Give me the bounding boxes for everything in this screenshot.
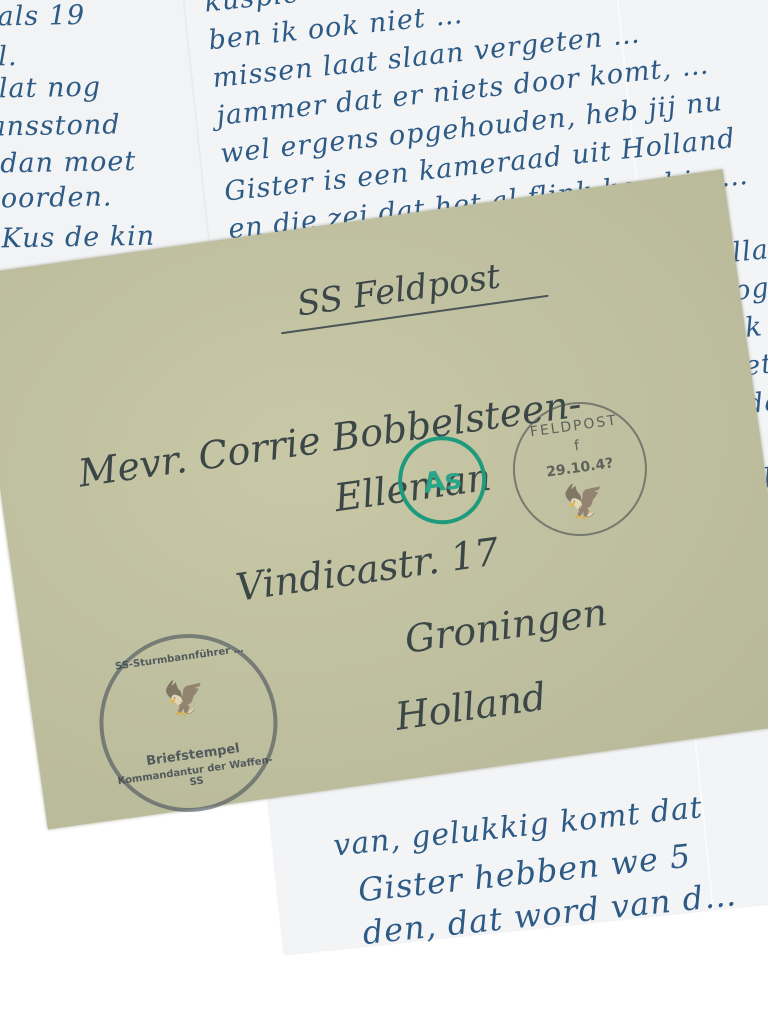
recipient-line-1: Mevr. Corrie Bobbelsteen- bbox=[76, 381, 584, 495]
handwriting-line: Kus de kin bbox=[1, 221, 155, 255]
eagle-emblem-icon: 🦅 bbox=[561, 479, 608, 525]
address-country: Holland bbox=[393, 674, 549, 739]
address-street: Vindicastr. 17 bbox=[233, 529, 502, 609]
censor-stamp-text: As bbox=[421, 461, 464, 499]
eagle-emblem-icon: 🦅 bbox=[161, 675, 208, 721]
envelope: SS Feldpost Mevr. Corrie Bobbelsteen- El… bbox=[0, 169, 768, 829]
handwriting-line: als 19 bbox=[0, 0, 85, 32]
handwriting-line: ansstond bbox=[0, 109, 121, 142]
address-city: Groningen bbox=[402, 590, 610, 662]
handwriting-line: kuspie bbox=[203, 0, 301, 19]
seal-top-text: SS-Sturmbannführer … bbox=[94, 641, 264, 676]
handwriting-line: oorden. bbox=[1, 181, 113, 214]
service-mark: SS Feldpost bbox=[295, 256, 503, 324]
handwriting-line: dan moet bbox=[0, 146, 137, 179]
handwriting-line: l. bbox=[0, 41, 18, 72]
official-seal-stamp: SS-Sturmbannführer … 🦅 Briefstempel Komm… bbox=[88, 622, 289, 823]
handwriting-line: lat nog bbox=[0, 72, 101, 105]
